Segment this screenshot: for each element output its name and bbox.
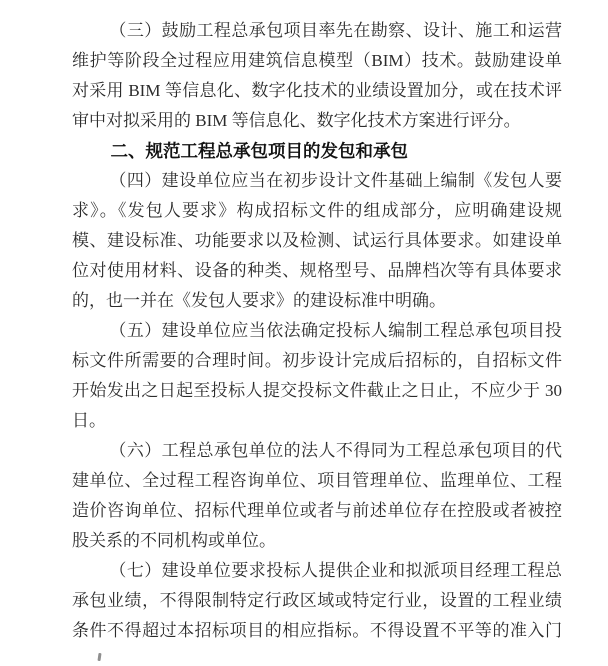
text-line: 建单位、全过程工程咨询单位、项目管理单位、监理单位、工程 xyxy=(72,466,562,496)
document-page: （三）鼓励工程总承包项目率先在勘察、设计、施工和运营维护等阶段全过程应用建筑信息… xyxy=(0,0,608,666)
text-line: 对采用 BIM 等信息化、数字化技术的业绩设置加分，或在技术评 xyxy=(72,76,562,106)
paragraph: （七）建设单位要求投标人提供企业和拟派项目经理工程总承包业绩，不得限制特定行政区… xyxy=(72,556,562,646)
text-line: 标文件所需要的合理时间。初步设计完成后招标的，自招标文件 xyxy=(72,346,562,376)
text-line: 维护等阶段全过程应用建筑信息模型（BIM）技术。鼓励建设单位 xyxy=(72,46,562,76)
text-line: 承包业绩，不得限制特定行政区域或特定行业，设置的工程业绩 xyxy=(72,586,562,616)
text-line: 求》。《发包人要求》构成招标文件的组成部分，应明确建设规 xyxy=(72,196,562,226)
paragraph: （四）建设单位应当在初步设计文件基础上编制《发包人要求》。《发包人要求》构成招标… xyxy=(72,166,562,316)
text-line: 审中对拟采用的 BIM 等信息化、数字化技术方案进行评分。 xyxy=(72,106,562,136)
scan-artifact-mark xyxy=(97,653,101,661)
text-column: （三）鼓励工程总承包项目率先在勘察、设计、施工和运营维护等阶段全过程应用建筑信息… xyxy=(72,16,562,646)
heading-line: 二、规范工程总承包项目的发包和承包 xyxy=(72,136,562,166)
text-line: 开始发出之日起至投标人提交投标文件截止之日止，不应少于 30 xyxy=(72,376,562,406)
text-line: 造价咨询单位、招标代理单位或者与前述单位存在控股或者被控 xyxy=(72,496,562,526)
text-line: 模、建设标准、功能要求以及检测、试运行具体要求。如建设单 xyxy=(72,226,562,256)
text-line: （七）建设单位要求投标人提供企业和拟派项目经理工程总 xyxy=(72,556,562,586)
text-line: （五）建设单位应当依法确定投标人编制工程总承包项目投 xyxy=(72,316,562,346)
text-line: 日。 xyxy=(72,406,562,436)
text-line: （三）鼓励工程总承包项目率先在勘察、设计、施工和运营 xyxy=(72,16,562,46)
section-heading: 二、规范工程总承包项目的发包和承包 xyxy=(72,136,562,166)
paragraph: （三）鼓励工程总承包项目率先在勘察、设计、施工和运营维护等阶段全过程应用建筑信息… xyxy=(72,16,562,136)
text-line: 位对使用材料、设备的种类、规格型号、品牌档次等有具体要求 xyxy=(72,256,562,286)
text-line: 的，也一并在《发包人要求》的建设标准中明确。 xyxy=(72,286,562,316)
paragraph: （六）工程总承包单位的法人不得同为工程总承包项目的代建单位、全过程工程咨询单位、… xyxy=(72,436,562,556)
text-line: 股关系的不同机构或单位。 xyxy=(72,526,562,556)
paragraph: （五）建设单位应当依法确定投标人编制工程总承包项目投标文件所需要的合理时间。初步… xyxy=(72,316,562,436)
text-line: 条件不得超过本招标项目的相应指标。不得设置不平等的准入门 xyxy=(72,616,562,646)
text-line: （六）工程总承包单位的法人不得同为工程总承包项目的代 xyxy=(72,436,562,466)
text-line: （四）建设单位应当在初步设计文件基础上编制《发包人要 xyxy=(72,166,562,196)
